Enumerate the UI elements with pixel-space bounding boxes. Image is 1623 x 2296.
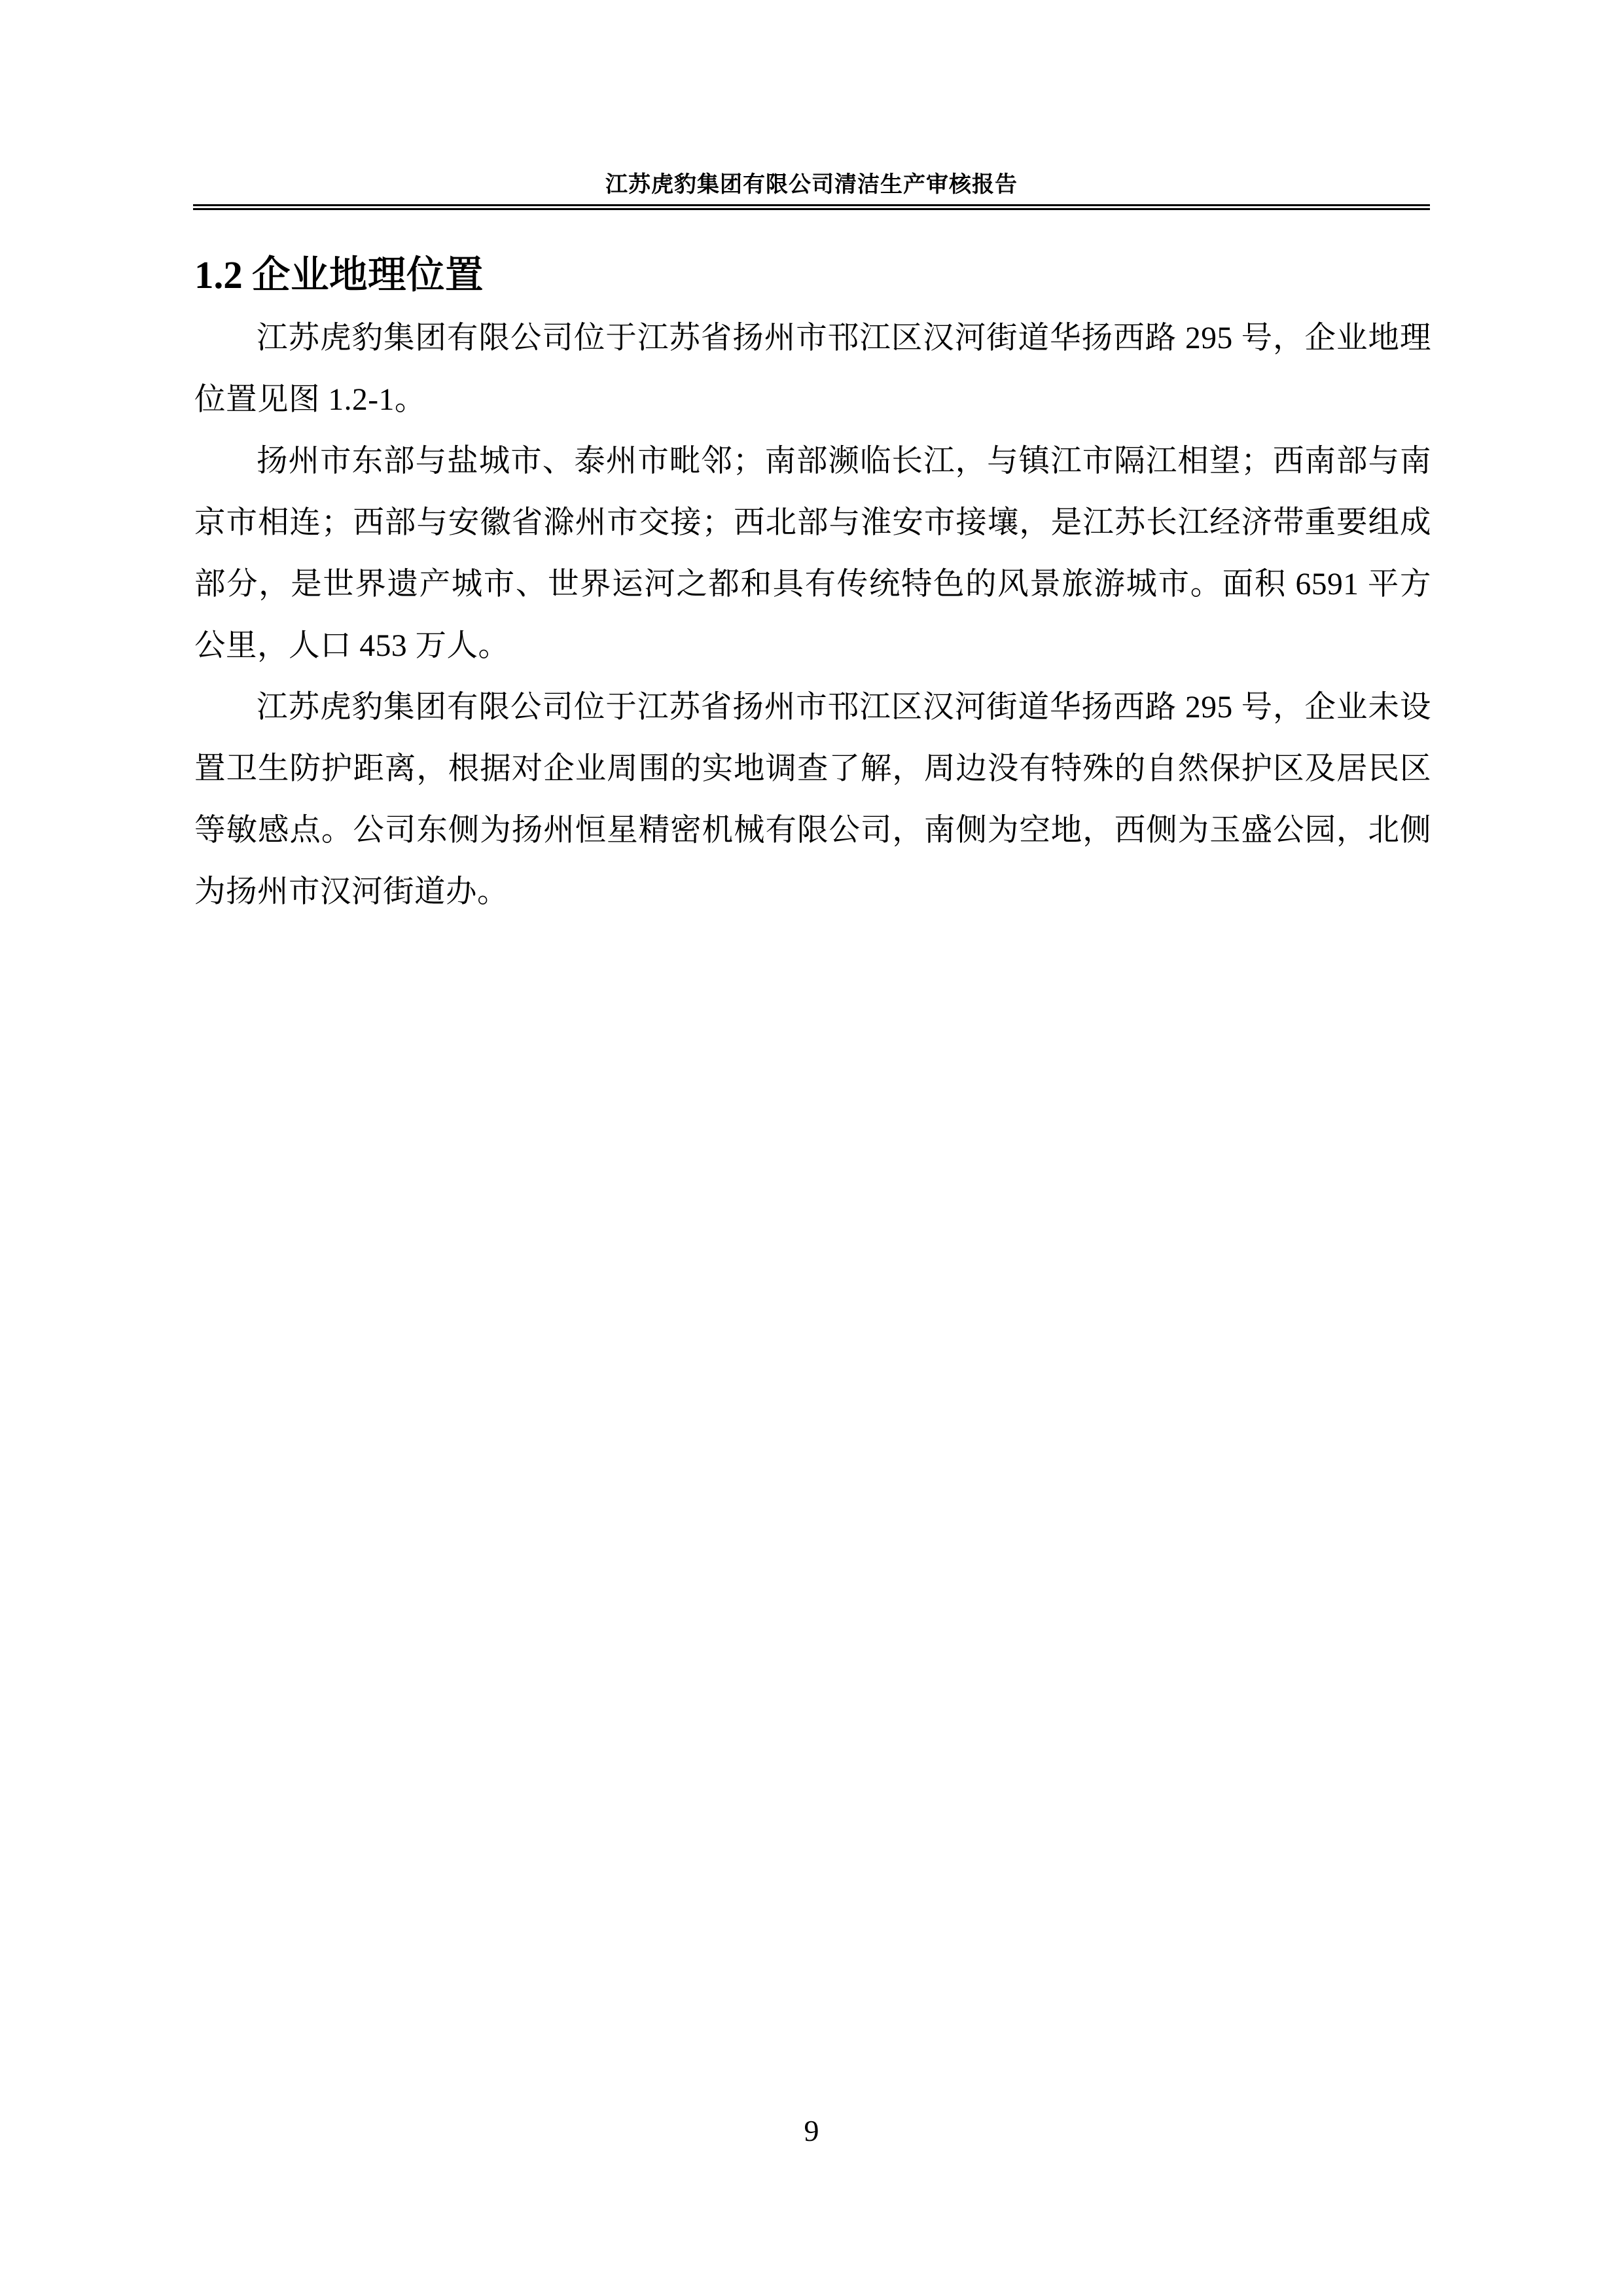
section-heading: 1.2企业地理位置 — [194, 242, 1431, 308]
report-title: 江苏虎豹集团有限公司清洁生产审核报告 — [193, 171, 1430, 198]
paragraph-yangzhou-overview: 扬州市东部与盐城市、泰州市毗邻；南部濒临长江，与镇江市隔江相望；西南部与南京市相… — [194, 431, 1431, 677]
page-content: 1.2企业地理位置 江苏虎豹集团有限公司位于江苏省扬州市邗江区汉河街道华扬西路 … — [194, 242, 1431, 923]
section-title: 企业地理位置 — [252, 252, 484, 297]
page-header: 江苏虎豹集团有限公司清洁生产审核报告 — [193, 164, 1430, 213]
paragraph-location: 江苏虎豹集团有限公司位于江苏省扬州市邗江区汉河街道华扬西路 295 号，企业地理… — [194, 308, 1431, 431]
section-number: 1.2 — [194, 253, 243, 296]
paragraph-surroundings: 江苏虎豹集团有限公司位于江苏省扬州市邗江区汉河街道华扬西路 295 号，企业未设… — [194, 677, 1431, 923]
header-rule-thick — [193, 204, 1430, 206]
header-rule-thin — [193, 208, 1430, 210]
page-number: 9 — [0, 2113, 1623, 2149]
